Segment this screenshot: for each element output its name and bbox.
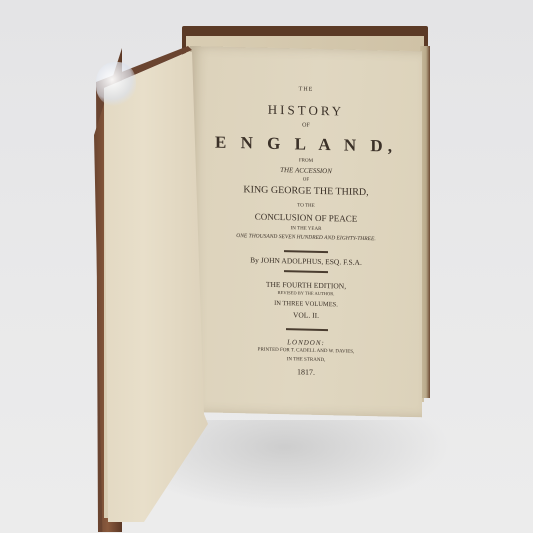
title-the: THE (190, 84, 422, 95)
text-to-the: TO THE (190, 201, 422, 211)
text-year-words: ONE THOUSAND SEVEN HUNDRED AND EIGHTY-TH… (190, 232, 422, 243)
title-history: HISTORY (190, 100, 422, 121)
divider (284, 250, 328, 253)
divider (286, 328, 328, 331)
title-of: OF (190, 120, 422, 131)
title-england: E N G L A N D, (190, 132, 422, 157)
title-page: THE HISTORY OF E N G L A N D, FROM THE A… (190, 46, 422, 417)
photo-scene: THE HISTORY OF E N G L A N D, FROM THE A… (0, 0, 533, 533)
text-king: KING GEORGE THE THIRD, (190, 183, 422, 199)
text-author: By JOHN ADOLPHUS, ESQ. F.S.A. (190, 254, 422, 268)
text-conclusion: CONCLUSION OF PEACE (190, 210, 422, 225)
text-date: 1817. (190, 365, 422, 379)
acrylic-clip (96, 62, 136, 106)
text-vol: VOL. II. (190, 308, 422, 322)
divider (284, 270, 328, 273)
text-street: IN THE STRAND, (190, 355, 422, 365)
